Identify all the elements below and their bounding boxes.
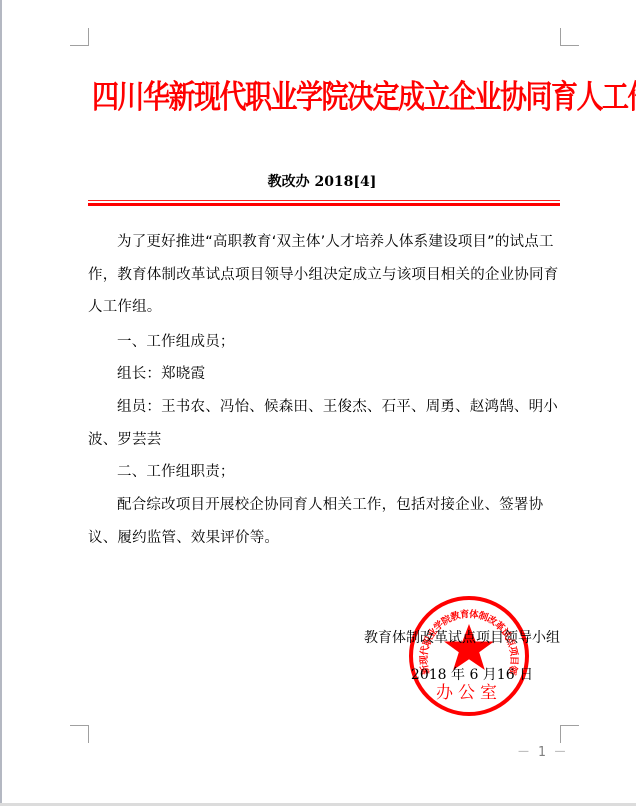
paragraph-text: 组员：王书农、冯怡、候森田、王俊杰、石平、周勇、赵鸿鹄、明小波、罗芸芸	[88, 391, 560, 456]
document-page: 四川华新现代职业学院决定成立企业协同育人工作组文件 教改办 2018[4] 为了…	[0, 0, 636, 803]
paragraph-text: 为了更好推进“高职教育‘双主体’人才培养人体系建设项目”的试点工作，教育体制改革…	[88, 226, 560, 324]
paragraph-text: 组长：郑晓霞	[88, 358, 560, 391]
signature-date: 2018 年 6 月16 日	[402, 665, 542, 685]
section-heading-members: 一、工作组成员；	[88, 326, 560, 359]
group-members-paragraph: 组员：王书农、冯怡、候森田、王俊杰、石平、周勇、赵鸿鹄、明小波、罗芸芸	[88, 391, 560, 456]
official-seal-icon: 四川华新现代职业学院教育体制改革试点项目领导小组 办公室	[407, 594, 531, 718]
paragraph-text: 一、工作组成员；	[88, 326, 560, 359]
duties-paragraph: 配合综改项目开展校企协同育人相关工作，包括对接企业、签署协议、履约监管、效果评价…	[88, 489, 560, 554]
signature-organization: 教育体制改革试点项目领导小组	[350, 628, 560, 648]
margin-corner-bottom-left	[70, 725, 89, 743]
document-number: 教改办 2018[4]	[242, 172, 402, 192]
header-rule-thick	[88, 203, 560, 206]
header-rule-thin	[88, 200, 560, 201]
document-title: 四川华新现代职业学院决定成立企业协同育人工作组文件	[92, 74, 552, 121]
margin-corner-bottom-right	[560, 725, 579, 743]
section-heading-duties: 二、工作组职责；	[88, 456, 560, 489]
margin-corner-top-left	[70, 28, 89, 46]
paragraph-text: 配合综改项目开展校企协同育人相关工作，包括对接企业、签署协议、履约监管、效果评价…	[88, 489, 560, 554]
group-leader-line: 组长：郑晓霞	[88, 358, 560, 391]
seal-center-text: 办公室	[436, 683, 502, 703]
intro-paragraph: 为了更好推进“高职教育‘双主体’人才培养人体系建设项目”的试点工作，教育体制改革…	[88, 226, 560, 324]
paragraph-text: 二、工作组职责；	[88, 456, 560, 489]
page-number: － 1 －	[517, 745, 562, 761]
margin-corner-top-right	[560, 28, 579, 46]
